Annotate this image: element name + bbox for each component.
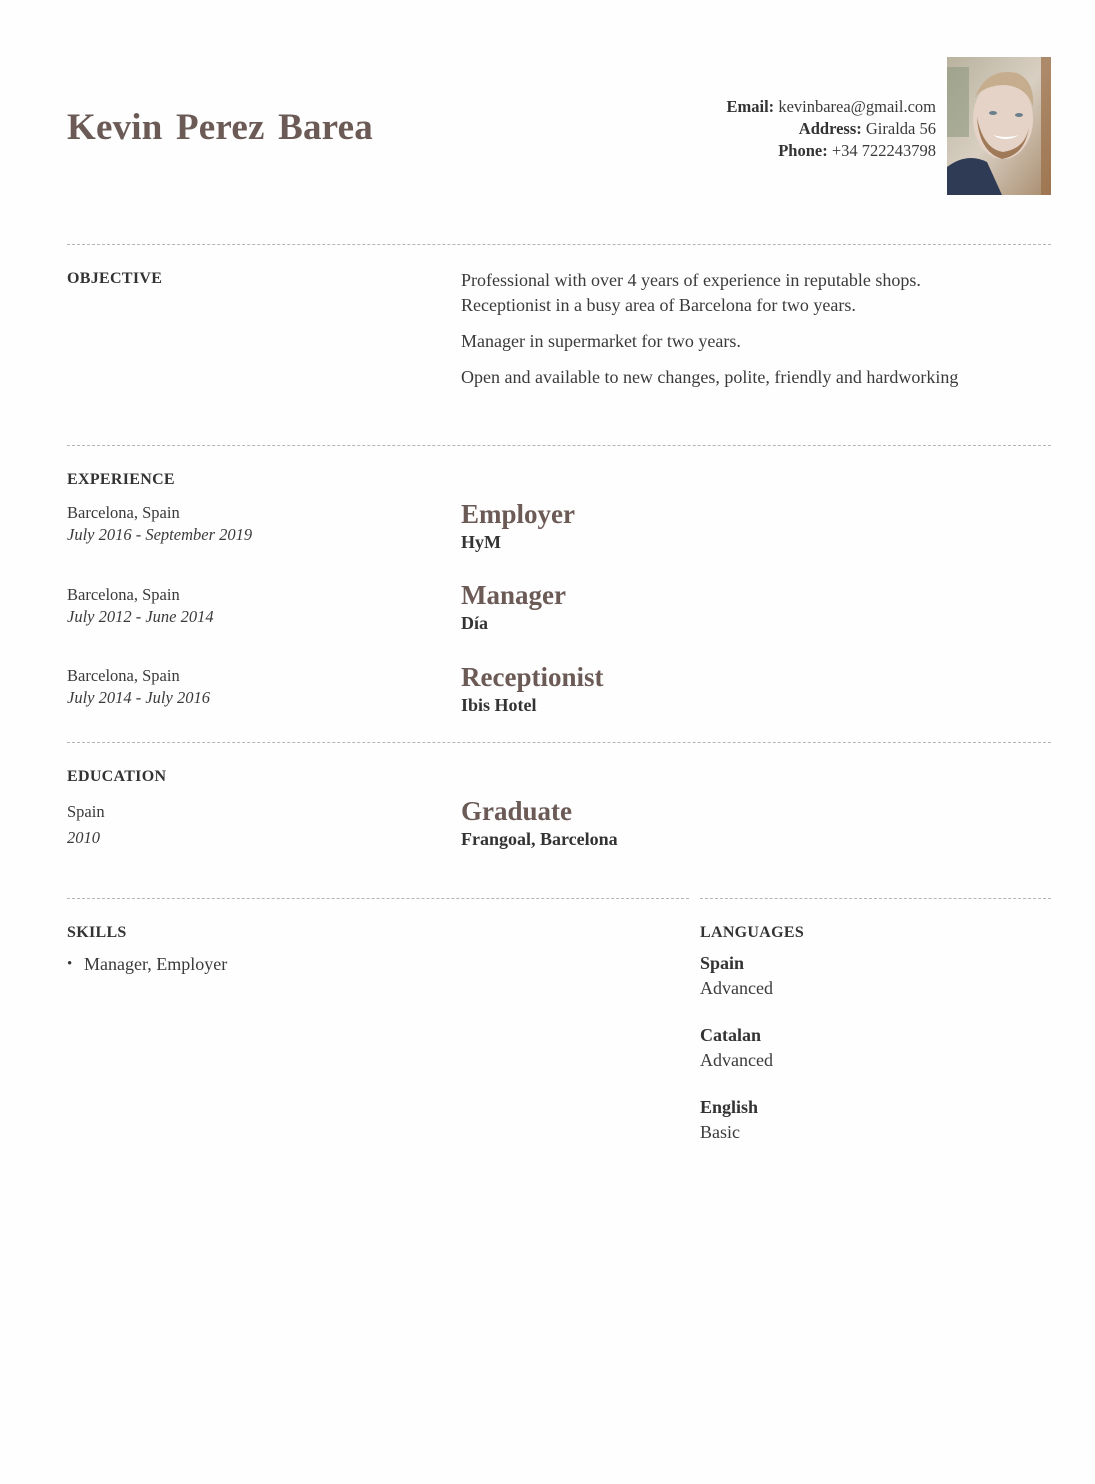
experience-company: Ibis Hotel — [461, 692, 603, 718]
education-title: EDUCATION — [67, 768, 166, 786]
person-photo-icon — [947, 57, 1051, 195]
email-label: Email: — [727, 97, 775, 116]
education-entry: Graduate Frangoal, Barcelona — [461, 796, 618, 852]
experience-location: Barcelona, Spain — [67, 665, 210, 687]
language-name: English — [700, 1095, 758, 1120]
language-item: Spain Advanced — [700, 951, 773, 1001]
experience-entry: Receptionist Ibis Hotel — [461, 662, 603, 718]
experience-meta: Barcelona, Spain July 2016 - September 2… — [67, 502, 252, 546]
objective-paragraph: Open and available to new changes, polit… — [461, 365, 1061, 390]
address-label: Address: — [799, 119, 862, 138]
experience-location: Barcelona, Spain — [67, 502, 252, 524]
languages-title: LANGUAGES — [700, 924, 804, 942]
objective-paragraph: Manager in supermarket for two years. — [461, 329, 1061, 354]
language-level: Basic — [700, 1120, 758, 1145]
objective-text: Professional with over 4 years of experi… — [461, 268, 1061, 401]
contact-address: Address: Giralda 56 — [727, 118, 936, 140]
experience-dates: July 2014 - July 2016 — [67, 687, 210, 709]
education-location: Spain — [67, 799, 105, 825]
language-name: Spain — [700, 951, 773, 976]
section-divider — [67, 898, 689, 899]
experience-role: Employer — [461, 499, 575, 529]
language-name: Catalan — [700, 1023, 773, 1048]
experience-role: Receptionist — [461, 662, 603, 692]
section-divider — [67, 445, 1051, 446]
skills-title: SKILLS — [67, 924, 127, 942]
address-value: Giralda 56 — [866, 119, 936, 138]
experience-dates: July 2016 - September 2019 — [67, 524, 252, 546]
experience-meta: Barcelona, Spain July 2014 - July 2016 — [67, 665, 210, 709]
education-degree: Graduate — [461, 796, 618, 826]
experience-title: EXPERIENCE — [67, 471, 175, 489]
candidate-name: Kevin Perez Barea — [67, 106, 373, 149]
contact-info: Email: kevinbarea@gmail.com Address: Gir… — [727, 96, 936, 162]
education-school: Frangoal, Barcelona — [461, 826, 618, 852]
skills-list: Manager, Employer — [67, 952, 227, 977]
language-item: Catalan Advanced — [700, 1023, 773, 1073]
contact-email: Email: kevinbarea@gmail.com — [727, 96, 936, 118]
section-divider — [67, 742, 1051, 743]
education-dates: 2010 — [67, 825, 105, 851]
phone-value: +34 722243798 — [832, 141, 936, 160]
section-divider — [67, 244, 1051, 245]
experience-company: HyM — [461, 529, 575, 555]
objective-title: OBJECTIVE — [67, 270, 162, 288]
section-divider — [700, 898, 1051, 899]
experience-dates: July 2012 - June 2014 — [67, 606, 214, 628]
profile-photo — [947, 57, 1051, 195]
education-meta: Spain 2010 — [67, 799, 105, 851]
objective-paragraph: Professional with over 4 years of experi… — [461, 268, 1006, 318]
language-level: Advanced — [700, 1048, 773, 1073]
experience-entry: Employer HyM — [461, 499, 575, 555]
experience-entry: Manager Día — [461, 580, 566, 636]
skill-item: Manager, Employer — [67, 952, 227, 977]
phone-label: Phone: — [778, 141, 828, 160]
experience-role: Manager — [461, 580, 566, 610]
language-item: English Basic — [700, 1095, 758, 1145]
email-value[interactable]: kevinbarea@gmail.com — [778, 97, 936, 116]
language-level: Advanced — [700, 976, 773, 1001]
experience-location: Barcelona, Spain — [67, 584, 214, 606]
experience-meta: Barcelona, Spain July 2012 - June 2014 — [67, 584, 214, 628]
contact-phone: Phone: +34 722243798 — [727, 140, 936, 162]
experience-company: Día — [461, 610, 566, 636]
